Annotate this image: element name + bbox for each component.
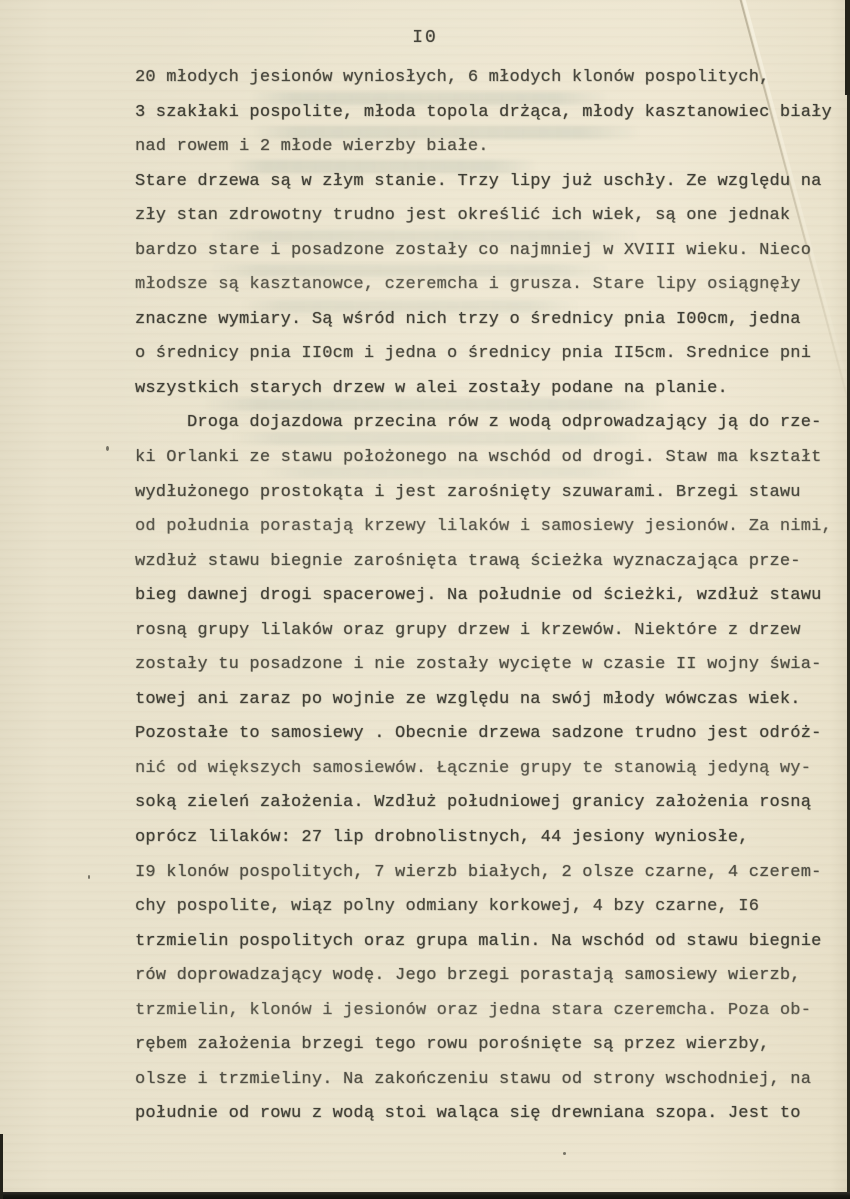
text-line: Pozostałe to samosiewy . Obecnie drzewa … (135, 717, 850, 752)
text-line: znaczne wymiary. Są wśród nich trzy o śr… (135, 303, 850, 338)
text-line: olsze i trzmieliny. Na zakończeniu stawu… (135, 1063, 850, 1098)
text-line: zostały tu posadzone i nie zostały wycię… (135, 648, 850, 683)
text-line: rębem założenia brzegi tego rowu porośni… (135, 1028, 850, 1063)
text-line: od południa porastają krzewy lilaków i s… (135, 510, 850, 545)
ink-speck (563, 1152, 566, 1155)
ink-speck (106, 446, 109, 451)
text-line: wydłużonego prostokąta i jest zarośnięty… (135, 476, 850, 511)
scanned-document-photo: I0 20 młodych jesionów wyniosłych, 6 mło… (0, 0, 850, 1199)
text-line: soką zieleń założenia. Wzdłuż południowe… (135, 786, 850, 821)
text-line: ki Orlanki ze stawu położonego na wschód… (135, 441, 850, 476)
photo-edge-bottom (0, 1192, 850, 1199)
text-line: Stare drzewa są w złym stanie. Trzy lipy… (135, 165, 850, 200)
text-line: trzmielin, klonów i jesionów oraz jedna … (135, 994, 850, 1029)
text-line: młodsze są kasztanowce, czeremcha i grus… (135, 268, 850, 303)
page-number: I0 (0, 28, 850, 48)
text-line: o średnicy pnia II0cm i jedna o średnicy… (135, 337, 850, 372)
text-line: 3 szakłaki pospolite, młoda topola drżąc… (135, 96, 850, 131)
ink-speck (88, 875, 90, 879)
text-line: wszystkich starych drzew w alei zostały … (135, 372, 850, 407)
text-line: wzdłuż stawu biegnie zarośnięta trawą śc… (135, 545, 850, 580)
typewritten-text: 20 młodych jesionów wyniosłych, 6 młodyc… (135, 61, 850, 1132)
text-line: I9 klonów pospolitych, 7 wierzb białych,… (135, 856, 850, 891)
text-line: chy pospolite, wiąz polny odmiany korkow… (135, 890, 850, 925)
text-line: 20 młodych jesionów wyniosłych, 6 młodyc… (135, 61, 850, 96)
photo-edge-left-bottom (0, 1134, 3, 1199)
text-line: rosną grupy lilaków oraz grupy drzew i k… (135, 614, 850, 649)
text-line: oprócz lilaków: 27 lip drobnolistnych, 4… (135, 821, 850, 856)
text-line: nad rowem i 2 młode wierzby białe. (135, 130, 850, 165)
photo-edge-right-top (845, 0, 850, 95)
text-line: trzmielin pospolitych oraz grupa malin. … (135, 925, 850, 960)
text-line: południe od rowu z wodą stoi waląca się … (135, 1097, 850, 1132)
text-line: zły stan zdrowotny trudno jest określić … (135, 199, 850, 234)
text-line: Droga dojazdowa przecina rów z wodą odpr… (135, 406, 850, 441)
text-line: rów doprowadzający wodę. Jego brzegi por… (135, 959, 850, 994)
text-line: towej ani zaraz po wojnie ze względu na … (135, 683, 850, 718)
text-line: bieg dawnej drogi spacerowej. Na południ… (135, 579, 850, 614)
text-line: bardzo stare i posadzone zostały co najm… (135, 234, 850, 269)
text-line: nić od większych samosiewów. Łącznie gru… (135, 752, 850, 787)
